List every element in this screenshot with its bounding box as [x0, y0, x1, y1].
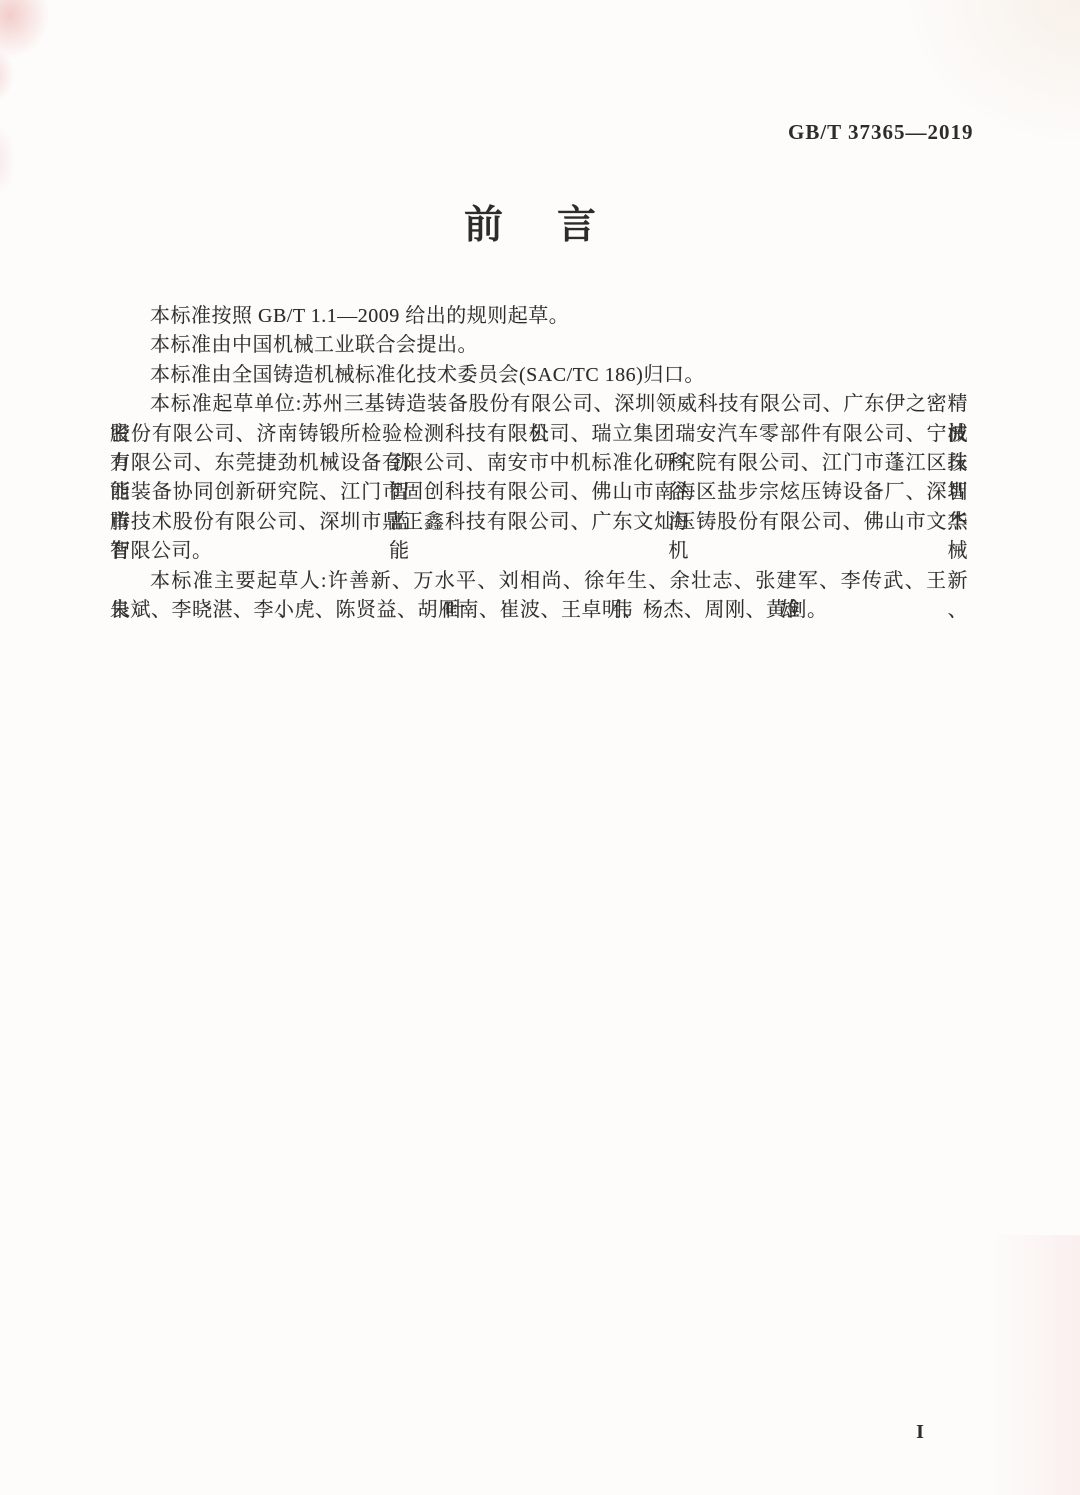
- body-line: 本标准由全国铸造机械标准化技术委员会(SAC/TC 186)归口。: [110, 361, 968, 390]
- body-line: 腾技术股份有限公司、深圳市鼎正鑫科技有限公司、广东文灿压铸股份有限公司、佛山市文…: [110, 508, 968, 537]
- scan-tint-bottom-right: [990, 1235, 1080, 1495]
- body-line: 能装备协同创新研究院、江门市固创科技有限公司、佛山市南海区盐步宗炫压铸设备厂、深…: [110, 478, 968, 507]
- title-char-yan: 言: [557, 204, 596, 248]
- page-number: I: [900, 1421, 940, 1444]
- body-line: 本标准起草单位:苏州三基铸造装备股份有限公司、深圳领威科技有限公司、广东伊之密精…: [110, 390, 968, 419]
- title-char-qian: 前: [464, 204, 503, 248]
- scan-tint-top-right: [820, 0, 1080, 220]
- page-title: 前 言: [0, 204, 1070, 248]
- scan-smudge-top-left: [0, 0, 100, 105]
- standard-code: GB/T 37365—2019: [788, 120, 974, 145]
- body-line: 有限公司、东莞捷劲机械设备有限公司、南安市中机标准化研究院有限公司、江门市蓬江区…: [110, 449, 968, 478]
- body-line: 本标准主要起草人:许善新、万水平、刘相尚、徐年生、余壮志、张建军、李传武、王新良…: [110, 567, 968, 596]
- scanned-standard-page: GB/T 37365—2019 前 言 本标准按照 GB/T 1.1—2009 …: [0, 0, 1080, 1495]
- body-line: 本标准按照 GB/T 1.1—2009 给出的规则起草。: [110, 302, 968, 331]
- body-line: 股份有限公司、济南铸锻所检验检测科技有限公司、瑞立集团瑞安汽车零部件有限公司、宁…: [110, 420, 968, 449]
- foreword-body: 本标准按照 GB/T 1.1—2009 给出的规则起草。 本标准由中国机械工业联…: [110, 302, 968, 625]
- body-line: 本标准由中国机械工业联合会提出。: [110, 331, 968, 360]
